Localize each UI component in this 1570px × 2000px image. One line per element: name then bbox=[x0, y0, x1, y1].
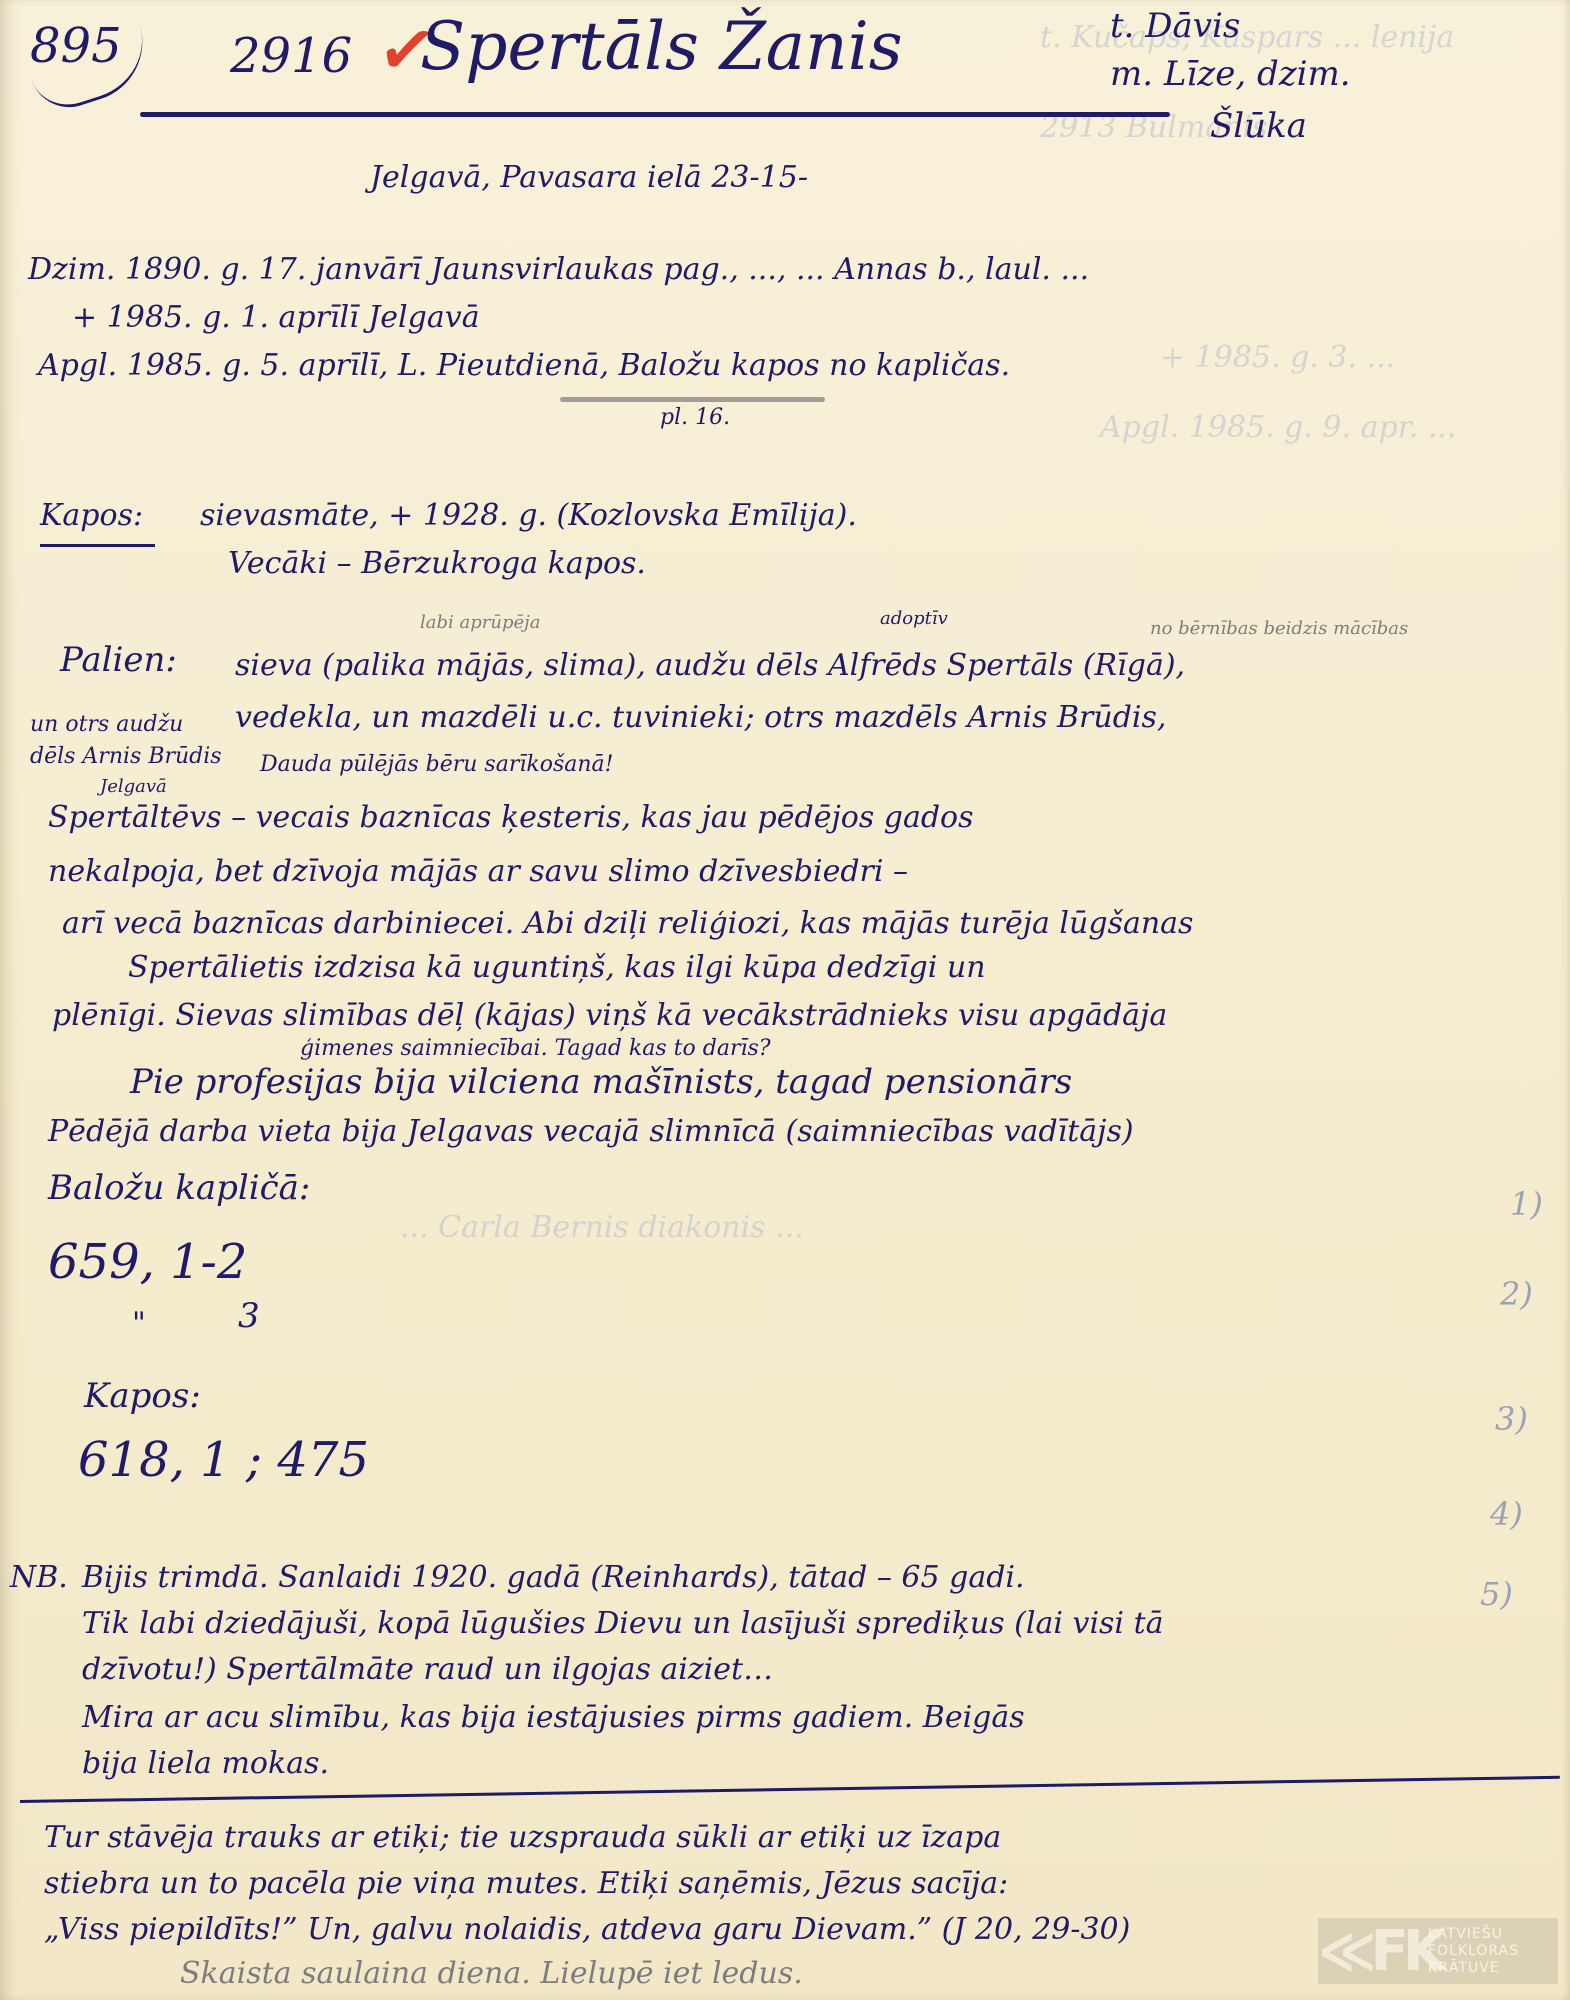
margin-note-3: Jelgavā bbox=[100, 776, 167, 797]
chapel-ditto: " bbox=[132, 1306, 146, 1341]
pencil-insert: labi aprūpēja bbox=[420, 612, 540, 633]
pencil-underline bbox=[560, 397, 825, 402]
margin-pencil-number: 2) bbox=[1500, 1275, 1533, 1313]
nb-line: Bijis trimdā. Sanlaidi 1920. gadā (Reinh… bbox=[82, 1560, 1025, 1595]
bleed-through-text: + 1985. g. 3. ... bbox=[1160, 340, 1395, 375]
graves-line-1: sievasmāte, + 1928. g. (Kozlovska Emīlij… bbox=[200, 498, 857, 533]
narrative-line: Pēdējā darba vieta bija Jelgavas vecajā … bbox=[48, 1114, 1134, 1149]
margin-pencil-number: 1) bbox=[1510, 1185, 1543, 1223]
cemetery-label: Kapos: bbox=[84, 1376, 201, 1416]
cemetery-numbers: 618, 1 ; 475 bbox=[78, 1432, 369, 1488]
nb-line: Tik labi dziedājuši, kopā lūgušies Dievu… bbox=[82, 1606, 1164, 1641]
chapel-label: Baložu kapličā: bbox=[48, 1168, 310, 1208]
nb-line: Mira ar acu slimību, kas bija iestājusie… bbox=[82, 1700, 1025, 1735]
mother-maiden-name: Šlūka bbox=[1210, 106, 1307, 146]
lfk-logo-icon: ≪FK bbox=[1318, 1919, 1428, 1984]
graves-label: Kapos: bbox=[40, 498, 143, 533]
logo-text-line: FOLKLORAS bbox=[1428, 1943, 1519, 1960]
title-underline bbox=[140, 112, 1170, 117]
graves-label-underline bbox=[40, 544, 155, 547]
birth-line: Dzim. 1890. g. 17. janvārī Jaunsvirlauka… bbox=[28, 252, 1089, 287]
chapel-numbers-2: 3 bbox=[238, 1296, 260, 1336]
scripture-line: „Viss piepildīts!” Un, galvu nolaidis, a… bbox=[44, 1912, 1130, 1947]
archive-logo: ≪FK LATVIEŠU FOLKLORAS KRĀTUVE bbox=[1318, 1918, 1558, 1984]
margin-pencil-number: 4) bbox=[1490, 1495, 1523, 1533]
narrative-line: plēnīgi. Sievas slimības dēļ (kājas) viņ… bbox=[52, 998, 1167, 1033]
entry-number: 2916 bbox=[230, 28, 352, 84]
survivors-line-3: Dauda pūlējās bēru sarīkošanā! bbox=[260, 752, 614, 777]
graves-line-2: Vecāki – Bērzukroga kapos. bbox=[228, 546, 646, 581]
chapel-numbers: 659, 1-2 bbox=[48, 1234, 247, 1290]
scripture-line: stiebra un to pacēla pie viņa mutes. Eti… bbox=[44, 1866, 1008, 1901]
bleed-through-text: Apgl. 1985. g. 9. apr. ... bbox=[1100, 410, 1456, 445]
survivors-line-1: sieva (palika mājās, slima), audžu dēls … bbox=[235, 648, 1185, 683]
narrative-line: Spertālietis izdzisa kā uguntiņš, kas il… bbox=[128, 950, 986, 985]
narrative-line: nekalpoja, bet dzīvoja mājās ar savu sli… bbox=[48, 854, 908, 889]
nb-label: NB. bbox=[10, 1560, 68, 1595]
record-number: 895 bbox=[30, 18, 122, 74]
logo-text-line: LATVIEŠU bbox=[1428, 1926, 1519, 1943]
margin-note-1: un otrs audžu bbox=[30, 712, 183, 737]
address: Jelgavā, Pavasara ielā 23-15- bbox=[370, 160, 808, 195]
logo-text-line: KRĀTUVE bbox=[1428, 1960, 1519, 1977]
margin-pencil-number: 5) bbox=[1480, 1575, 1513, 1613]
margin-note-2: dēls Arnis Brūdis bbox=[30, 744, 222, 769]
nb-line: bija liela mokas. bbox=[82, 1746, 329, 1781]
margin-pencil-number: 3) bbox=[1495, 1400, 1528, 1438]
mother-name: m. Līze, dzim. bbox=[1110, 54, 1351, 94]
archive-page: t. Kučaps, Kaspars ... lenija 2913 Bulma… bbox=[0, 0, 1570, 2000]
bleed-through-text: ... Carla Bernis diakonis ... bbox=[400, 1210, 804, 1245]
pencil-weather-note: Skaista saulaina diena. Lielupē iet ledu… bbox=[180, 1956, 803, 1991]
nb-line: dzīvotu!) Spertālmāte raud un ilgojas ai… bbox=[82, 1652, 773, 1687]
survivors-line-2: vedekla, un mazdēli u.c. tuvinieki; otrs… bbox=[235, 700, 1166, 735]
narrative-line: arī vecā baznīcas darbiniecei. Abi dziļi… bbox=[62, 906, 1193, 941]
survivors-label: Palien: bbox=[60, 640, 177, 680]
narrative-line: ģimenes saimniecībai. Tagad kas to darīs… bbox=[300, 1036, 771, 1061]
father-name: t. Dāvis bbox=[1110, 6, 1240, 46]
bleed-through-text: t. Kučaps, Kaspars ... lenija bbox=[1040, 20, 1454, 55]
person-name: Spertāls Žanis bbox=[420, 8, 903, 85]
burial-plot-note: pl. 16. bbox=[660, 405, 730, 430]
adopted-insert: adoptīv bbox=[880, 608, 948, 629]
death-line: + 1985. g. 1. aprīlī Jelgavā bbox=[72, 300, 480, 335]
narrative-line: Spertāltēvs – vecais baznīcas ķesteris, … bbox=[48, 800, 974, 835]
scripture-line: Tur stāvēja trauks ar etiķi; tie uzsprau… bbox=[44, 1820, 1001, 1855]
burial-line: Apgl. 1985. g. 5. aprīlī, L. Pieutdienā,… bbox=[38, 348, 1010, 383]
narrative-line: Pie profesijas bija vilciena mašīnists, … bbox=[130, 1062, 1072, 1102]
pencil-insert-right: no bērnības beidzis mācības bbox=[1150, 618, 1408, 639]
